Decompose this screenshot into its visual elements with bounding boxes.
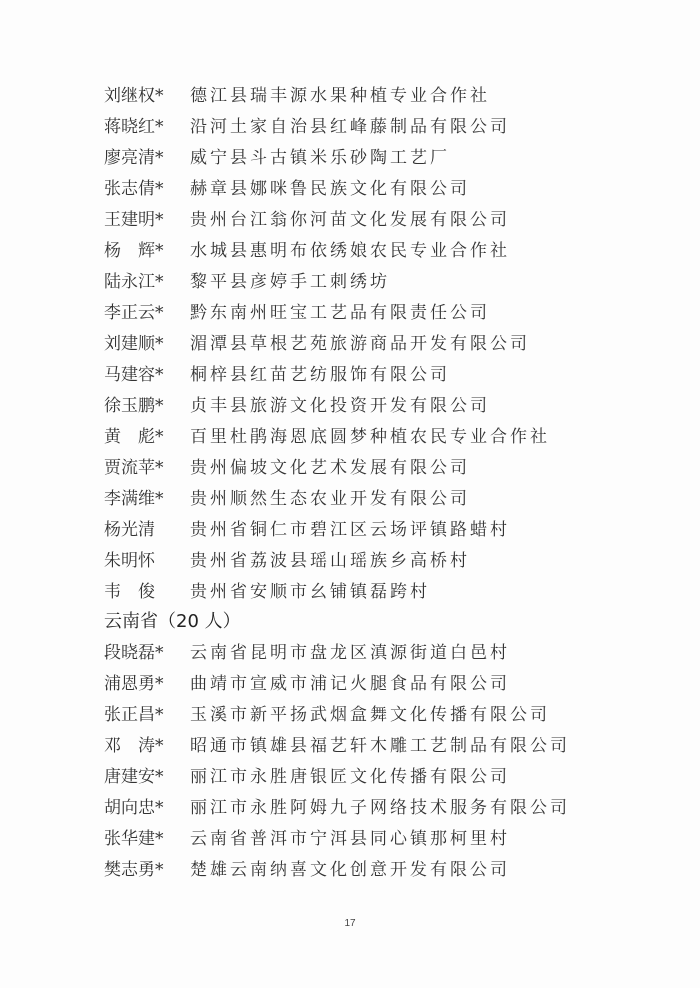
list-item: 邓 涛*昭通市镇雄县福艺轩木雕工艺制品有限公司 — [104, 731, 570, 761]
person-name: 段晓磊* — [104, 638, 190, 668]
organization: 赫章县娜咪鲁民族文化有限公司 — [190, 174, 470, 204]
list-item: 刘继权*德江县瑞丰源水果种植专业合作社 — [104, 81, 490, 111]
person-name: 张华建* — [104, 824, 190, 854]
list-item: 朱明怀贵州省荔波县瑶山瑶族乡高桥村 — [104, 546, 470, 576]
organization: 威宁县斗古镇米乐砂陶工艺厂 — [190, 143, 450, 173]
list-item: 李正云*黔东南州旺宝工艺品有限责任公司 — [104, 298, 490, 328]
person-name: 韦 俊 — [104, 577, 190, 607]
list-item: 张正昌*玉溪市新平扬武烟盒舞文化传播有限公司 — [104, 700, 550, 730]
person-name: 刘建顺* — [104, 329, 190, 359]
organization: 贵州省安顺市幺铺镇磊跨村 — [190, 577, 430, 607]
person-name: 陆永江* — [104, 267, 190, 297]
organization: 桐梓县红苗艺纺服饰有限公司 — [190, 360, 450, 390]
list-item: 李满维*贵州顺然生态农业开发有限公司 — [104, 484, 470, 514]
list-item: 贾流苹*贵州偏坡文化艺术发展有限公司 — [104, 453, 470, 483]
list-item: 唐建安*丽江市永胜唐银匠文化传播有限公司 — [104, 762, 510, 792]
person-name: 蒋晓红* — [104, 112, 190, 142]
person-name: 浦恩勇* — [104, 669, 190, 699]
organization: 贵州省铜仁市碧江区云场评镇路蜡村 — [190, 515, 510, 545]
list-item: 韦 俊贵州省安顺市幺铺镇磊跨村 — [104, 577, 430, 607]
organization: 丽江市永胜阿姆九子网络技术服务有限公司 — [190, 793, 570, 823]
organization: 百里杜鹃海恩底圆梦种植农民专业合作社 — [190, 422, 550, 452]
organization: 云南省普洱市宁洱县同心镇那柯里村 — [190, 824, 510, 854]
organization: 云南省昆明市盘龙区滇源街道白邑村 — [190, 638, 510, 668]
list-item: 杨 辉*水城县惠明布依绣娘农民专业合作社 — [104, 236, 510, 266]
list-item: 杨光清贵州省铜仁市碧江区云场评镇路蜡村 — [104, 515, 510, 545]
list-item: 樊志勇*楚雄云南纳喜文化创意开发有限公司 — [104, 855, 510, 885]
person-name: 贾流苹* — [104, 453, 190, 483]
organization: 黔东南州旺宝工艺品有限责任公司 — [190, 298, 490, 328]
organization: 贵州偏坡文化艺术发展有限公司 — [190, 453, 470, 483]
list-item: 蒋晓红*沿河土家自治县红峰藤制品有限公司 — [104, 112, 510, 142]
person-name: 唐建安* — [104, 762, 190, 792]
person-name: 杨 辉* — [104, 236, 190, 266]
organization: 昭通市镇雄县福艺轩木雕工艺制品有限公司 — [190, 731, 570, 761]
organization: 丽江市永胜唐银匠文化传播有限公司 — [190, 762, 510, 792]
person-name: 李满维* — [104, 484, 190, 514]
person-name: 黄 彪* — [104, 422, 190, 452]
list-item: 浦恩勇*曲靖市宣威市浦记火腿食品有限公司 — [104, 669, 510, 699]
list-item: 徐玉鹏*贞丰县旅游文化投资开发有限公司 — [104, 391, 490, 421]
person-name: 杨光清 — [104, 515, 190, 545]
list-item: 黄 彪*百里杜鹃海恩底圆梦种植农民专业合作社 — [104, 422, 550, 452]
document-page: 刘继权*德江县瑞丰源水果种植专业合作社 蒋晓红*沿河土家自治县红峰藤制品有限公司… — [0, 0, 700, 988]
list-item: 陆永江*黎平县彦婷手工刺绣坊 — [104, 267, 390, 297]
person-name: 刘继权* — [104, 81, 190, 111]
organization: 黎平县彦婷手工刺绣坊 — [190, 267, 390, 297]
list-item: 张华建*云南省普洱市宁洱县同心镇那柯里村 — [104, 824, 510, 854]
person-name: 张正昌* — [104, 700, 190, 730]
organization: 楚雄云南纳喜文化创意开发有限公司 — [190, 855, 510, 885]
organization: 贵州台江翁你河苗文化发展有限公司 — [190, 205, 510, 235]
organization: 贵州顺然生态农业开发有限公司 — [190, 484, 470, 514]
page-number: 17 — [0, 918, 700, 929]
person-name: 李正云* — [104, 298, 190, 328]
list-item: 刘建顺*湄潭县草根艺苑旅游商品开发有限公司 — [104, 329, 530, 359]
organization: 湄潭县草根艺苑旅游商品开发有限公司 — [190, 329, 530, 359]
person-name: 朱明怀 — [104, 546, 190, 576]
organization: 贞丰县旅游文化投资开发有限公司 — [190, 391, 490, 421]
section-heading-yunnan: 云南省（20 人） — [104, 607, 241, 637]
person-name: 张志倩* — [104, 174, 190, 204]
list-item: 王建明*贵州台江翁你河苗文化发展有限公司 — [104, 205, 510, 235]
person-name: 邓 涛* — [104, 731, 190, 761]
organization: 水城县惠明布依绣娘农民专业合作社 — [190, 236, 510, 266]
organization: 贵州省荔波县瑶山瑶族乡高桥村 — [190, 546, 470, 576]
list-item: 马建容*桐梓县红苗艺纺服饰有限公司 — [104, 360, 450, 390]
list-item: 张志倩*赫章县娜咪鲁民族文化有限公司 — [104, 174, 470, 204]
list-item: 廖亮清*威宁县斗古镇米乐砂陶工艺厂 — [104, 143, 450, 173]
list-item: 段晓磊*云南省昆明市盘龙区滇源街道白邑村 — [104, 638, 510, 668]
organization: 玉溪市新平扬武烟盒舞文化传播有限公司 — [190, 700, 550, 730]
person-name: 胡向忠* — [104, 793, 190, 823]
organization: 沿河土家自治县红峰藤制品有限公司 — [190, 112, 510, 142]
person-name: 马建容* — [104, 360, 190, 390]
person-name: 廖亮清* — [104, 143, 190, 173]
list-item: 胡向忠*丽江市永胜阿姆九子网络技术服务有限公司 — [104, 793, 570, 823]
organization: 曲靖市宣威市浦记火腿食品有限公司 — [190, 669, 510, 699]
organization: 德江县瑞丰源水果种植专业合作社 — [190, 81, 490, 111]
person-name: 王建明* — [104, 205, 190, 235]
person-name: 徐玉鹏* — [104, 391, 190, 421]
person-name: 樊志勇* — [104, 855, 190, 885]
